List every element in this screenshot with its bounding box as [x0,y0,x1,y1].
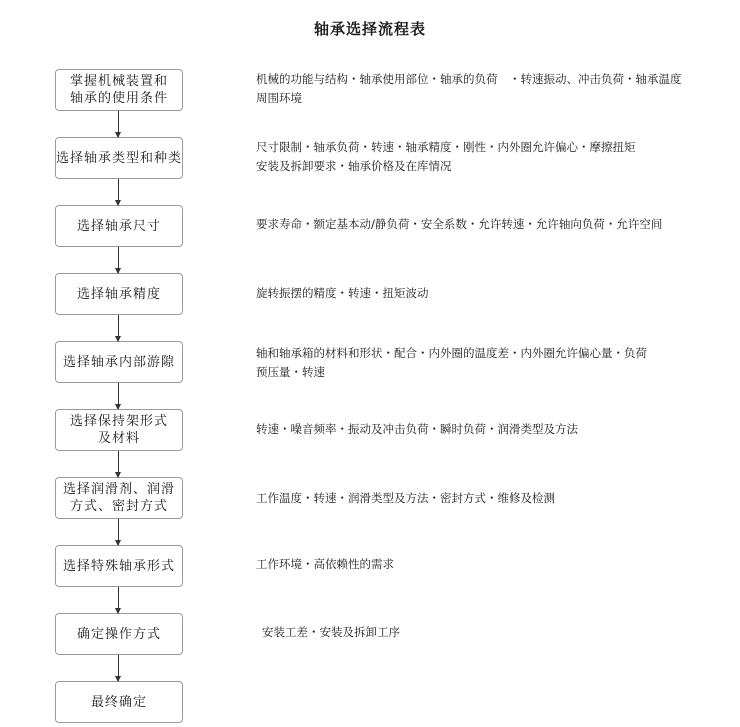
arrow-down-icon [118,451,119,477]
arrow-down-icon [118,179,119,205]
step-box-special-bearing: 选择特殊轴承形式 [55,545,183,587]
step-box-operation-method: 确定操作方式 [55,613,183,655]
step-description-usage-conditions: 机械的功能与结构・轴承使用部位・轴承的负荷 ・转速振动、冲击负荷・轴承温度 周围… [256,70,726,108]
arrow-down-icon [118,111,119,137]
step-box-bearing-size: 选择轴承尺寸 [55,205,183,247]
step-description-special-bearing: 工作环境・高依赖性的需求 [256,555,726,574]
step-box-bearing-type: 选择轴承类型和种类 [55,137,183,179]
step-box-cage-type: 选择保持架形式 及材料 [55,409,183,451]
diagram-title: 轴承选择流程表 [0,18,740,39]
step-description-cage-type: 转速・噪音频率・振动及冲击负荷・瞬时负荷・润滑类型及方法 [256,420,726,439]
step-box-lubrication-sealing: 选择润滑剂、润滑 方式、密封方式 [55,477,183,519]
step-box-usage-conditions: 掌握机械装置和 轴承的使用条件 [55,69,183,111]
arrow-down-icon [118,519,119,545]
arrow-down-icon [118,587,119,613]
arrow-down-icon [118,247,119,273]
arrow-down-icon [118,655,119,681]
step-box-final-decision: 最终确定 [55,681,183,723]
step-box-bearing-precision: 选择轴承精度 [55,273,183,315]
step-description-internal-clearance: 轴和轴承箱的材料和形状・配合・内外圈的温度差・内外圈允许偏心量・负荷 预压量・转… [256,344,726,382]
step-description-bearing-precision: 旋转振摆的精度・转速・扭矩波动 [256,284,726,303]
step-description-lubrication-sealing: 工作温度・转速・润滑类型及方法・密封方式・维修及检测 [256,489,726,508]
step-description-operation-method: 安装工差・安装及拆卸工序 [262,623,732,642]
arrow-down-icon [118,383,119,409]
step-description-bearing-type: 尺寸限制・轴承负荷・转速・轴承精度・刚性・内外圈允许偏心・摩擦扭矩 安装及拆卸要… [256,138,726,176]
step-box-internal-clearance: 选择轴承内部游隙 [55,341,183,383]
arrow-down-icon [118,315,119,341]
step-description-bearing-size: 要求寿命・额定基本动/静负荷・安全系数・允许转速・允许轴向负荷・允许空间 [256,215,726,234]
